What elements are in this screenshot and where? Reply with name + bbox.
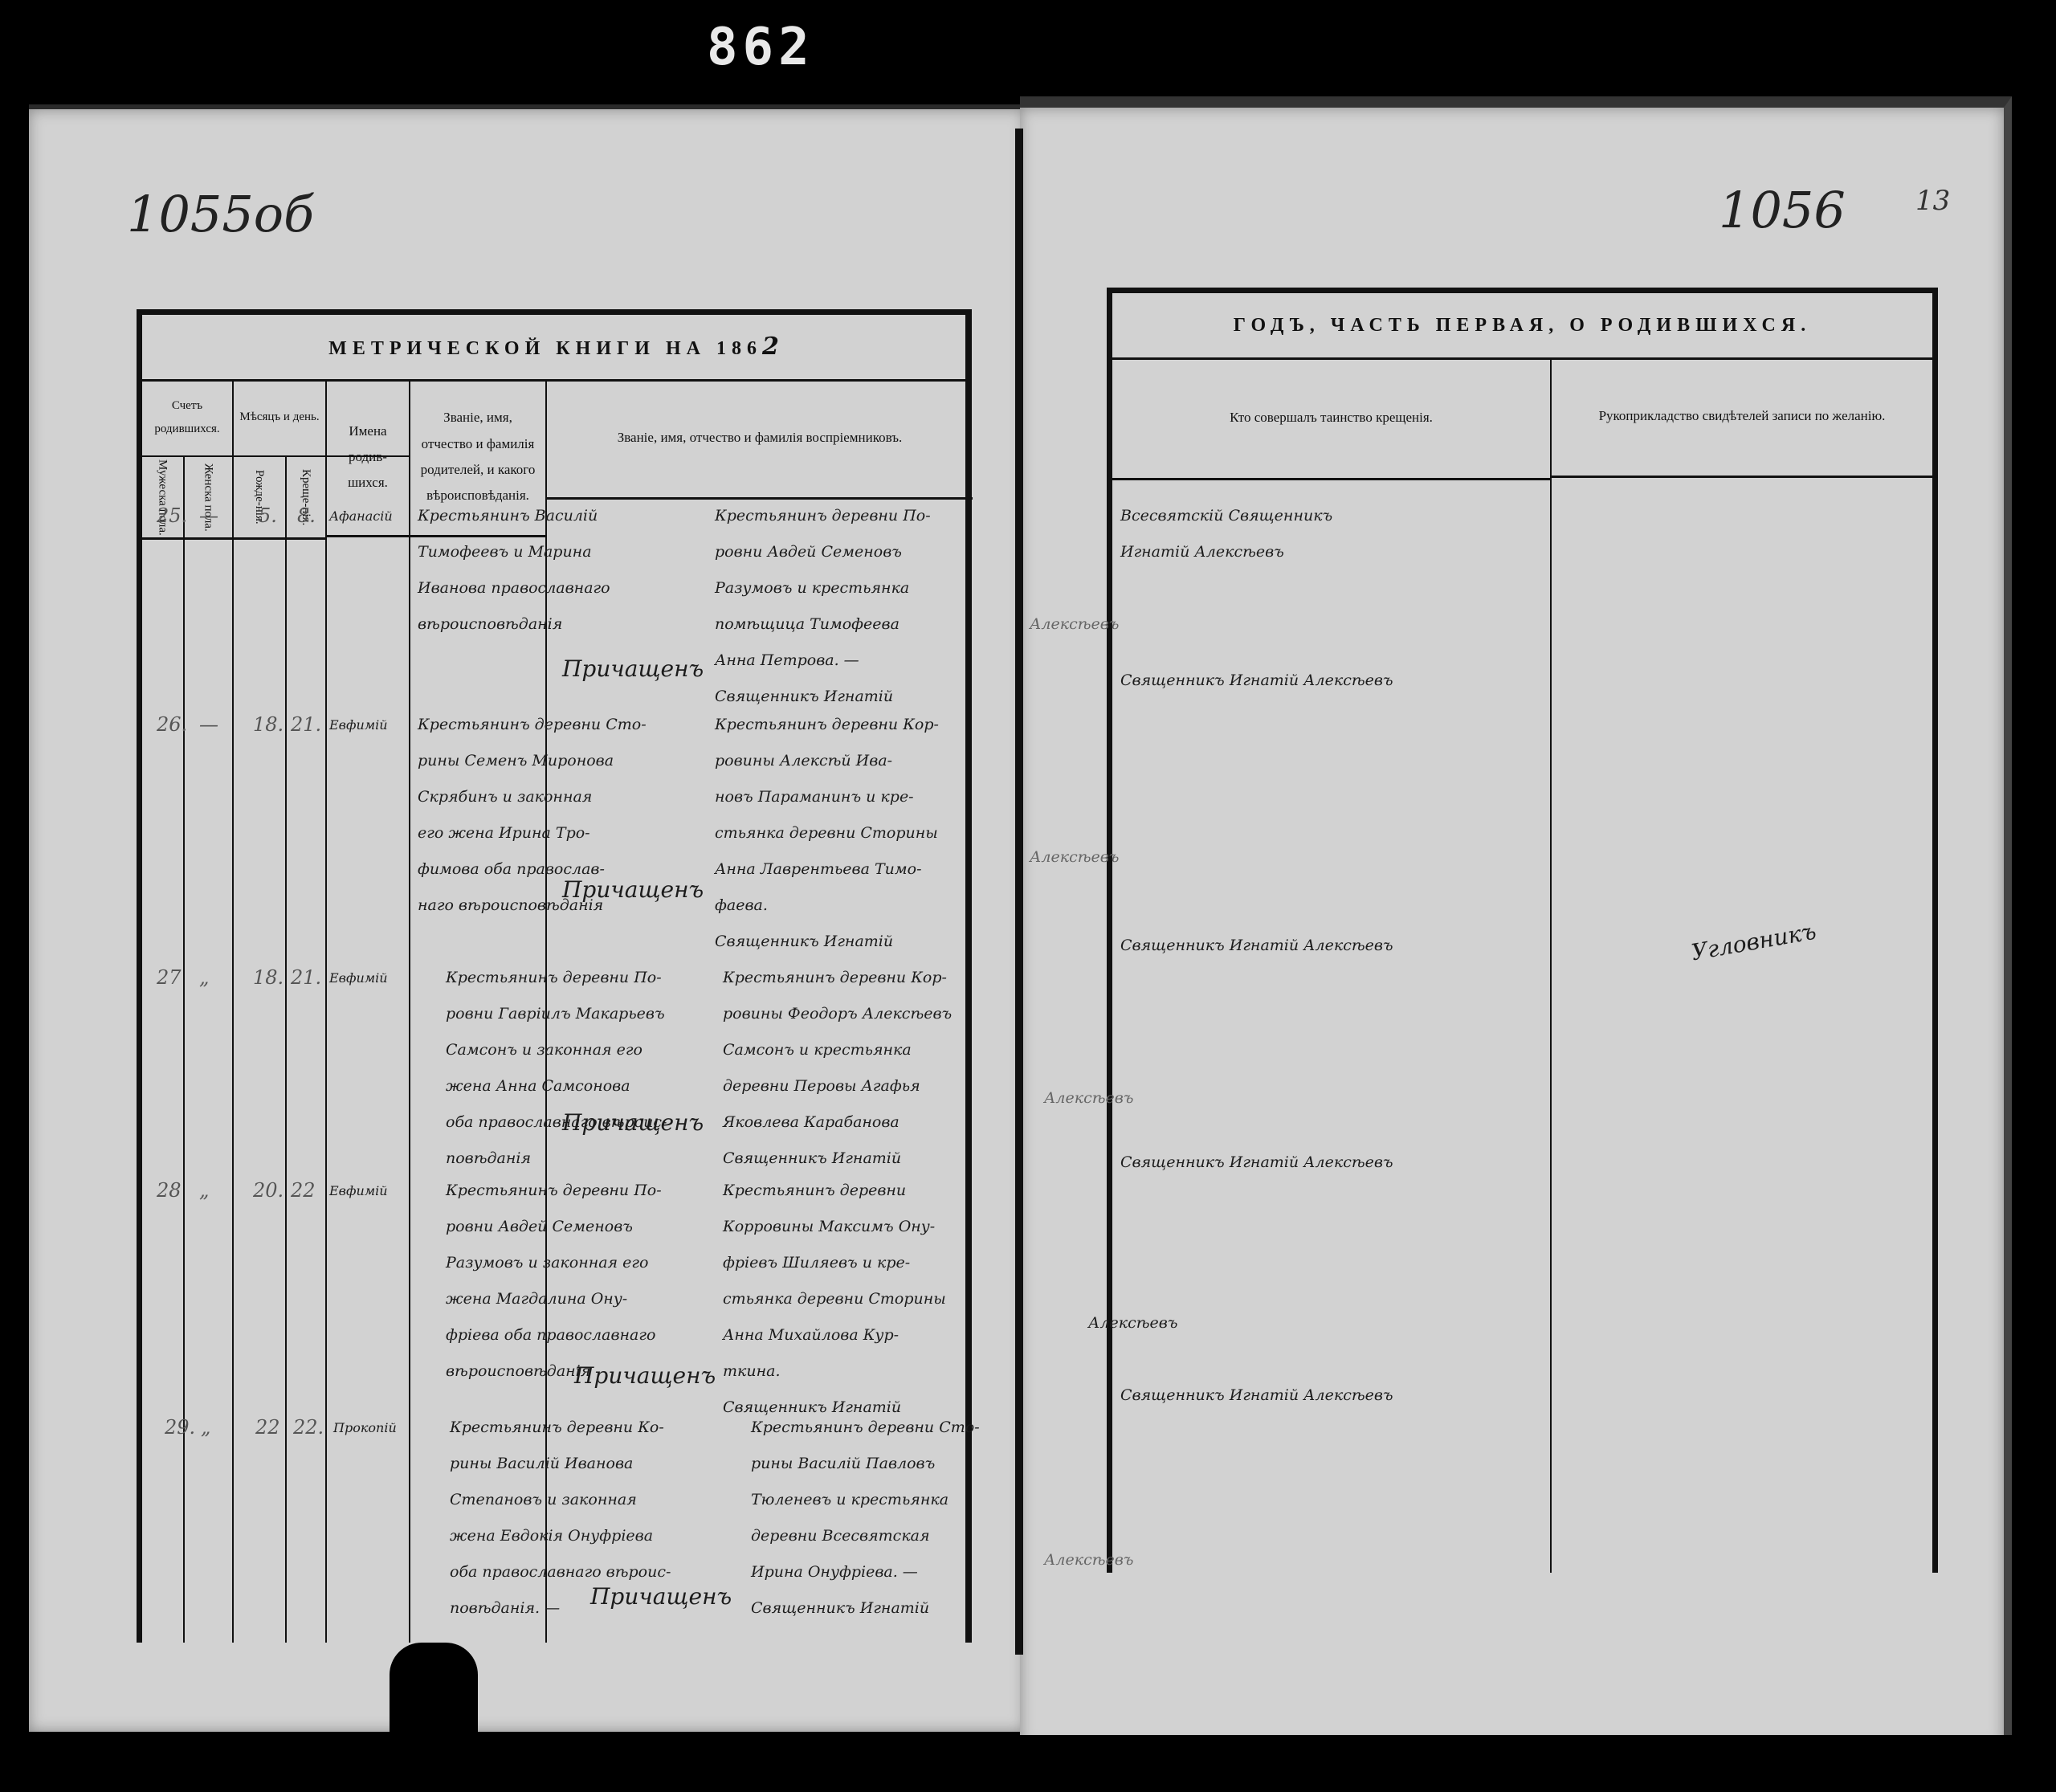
godparents-text: Крестьянинъ деревни Сто- рины Василій Па… <box>751 1410 980 1627</box>
header-witnesses: Рукоприкладство свидѣтелей записи по жел… <box>1552 357 1932 478</box>
godparents-text: Крестьянинъ деревни Кор- ровины Феодоръ … <box>723 960 952 1177</box>
birth-day: 20. <box>253 1173 284 1209</box>
parents-text: Крестьянинъ Василій Тимофеевъ и Марина И… <box>418 498 610 643</box>
header-month-day: Мѣсяцъ и день. <box>234 379 325 455</box>
baptism-day: 21. <box>291 707 321 743</box>
right-page-title: ГОДЪ, ЧАСТЬ ПЕРВАЯ, О РОДИВШИХСЯ. <box>1112 293 1932 360</box>
carryover-surname: Алексѣевъ <box>1030 839 1119 876</box>
carryover-surname: Алексѣевъ <box>1030 606 1119 643</box>
communion-note: Причащенъ <box>562 1104 704 1141</box>
book-gutter <box>1015 129 1023 1655</box>
male-number: 26. <box>157 707 187 743</box>
male-number: 25. <box>157 498 187 534</box>
godparents-text: Крестьянинъ деревни Корровины Максимъ Он… <box>723 1173 946 1426</box>
female-number: „ <box>199 1173 209 1209</box>
carryover-surname: Алексѣевъ <box>1044 1080 1133 1116</box>
female-number: „ <box>199 960 209 996</box>
male-number: 29. <box>165 1410 195 1446</box>
divider <box>232 379 234 1643</box>
communion-note: Причащенъ <box>574 1357 716 1394</box>
baptism-day: 21. <box>291 960 321 996</box>
godparents-text: Крестьянинъ деревни По- ровни Авдей Семе… <box>715 498 931 715</box>
child-name: Прокопій <box>333 1410 397 1446</box>
birth-day: 18. <box>253 960 284 996</box>
divider <box>183 455 185 1643</box>
left-page-title: МЕТРИЧЕСКОЙ КНИГИ НА 1862 <box>142 315 965 382</box>
male-number: 28 <box>157 1173 182 1209</box>
carryover-surname: Алексѣевъ <box>1044 1542 1133 1578</box>
female-number: — <box>199 498 218 534</box>
female-number: „ <box>201 1410 210 1446</box>
binding-clip <box>390 1643 478 1747</box>
birth-day: 22 <box>255 1410 280 1446</box>
baptized-by-text: Священникъ Игнатій Алексѣевъ <box>1120 1378 1393 1414</box>
communion-note: Причащенъ <box>562 651 704 687</box>
child-name: Евфимій <box>329 707 388 743</box>
birth-day: 5. <box>259 498 277 534</box>
child-name: Афанасій <box>329 498 393 534</box>
baptism-day: 22 <box>291 1173 316 1209</box>
divider <box>325 379 327 1643</box>
header-count: Счетъ родившихся. <box>142 379 232 455</box>
birth-day: 18. <box>253 707 284 743</box>
child-name: Евфимій <box>329 960 388 996</box>
female-number: — <box>199 707 218 743</box>
folio-number-right: 1056 <box>1719 181 1846 239</box>
year-digit-handwritten: 2 <box>762 333 779 361</box>
baptized-by-text: Священникъ Игнатій Алексѣевъ <box>1120 663 1393 699</box>
baptized-by-text: Всесвятскій Священникъ Игнатій Алексѣевъ <box>1120 498 1332 570</box>
baptized-by-text: Священникъ Игнатій Алексѣевъ <box>1120 1145 1393 1181</box>
baptism-day: 8. <box>297 498 316 534</box>
archive-frame-number: 862 <box>707 18 814 77</box>
divider <box>409 379 410 1643</box>
male-number: 27 <box>157 960 182 996</box>
divider <box>285 455 287 1643</box>
folio-number-left: 1055об <box>127 185 314 243</box>
header-baptized-by: Кто совершалъ таинство крещенія. <box>1112 357 1550 480</box>
bottom-shadow <box>0 1735 2056 1792</box>
godparents-text: Крестьянинъ деревни Кор- ровины Алексѣй … <box>715 707 939 960</box>
communion-note: Причащенъ <box>590 1578 732 1614</box>
baptism-day: 22. <box>293 1410 324 1446</box>
carryover-surname: Алексѣевъ <box>1088 1305 1177 1341</box>
divider <box>1550 357 1552 1573</box>
folio-mark: 13 <box>1915 185 1950 217</box>
header-godparents: Званіе, имя, отчество и фамилія воспріем… <box>547 379 973 500</box>
baptized-by-text: Священникъ Игнатій Алексѣевъ <box>1120 928 1393 964</box>
parents-text: Крестьянинъ деревни По- ровни Гавріилъ М… <box>446 960 667 1177</box>
communion-note: Причащенъ <box>562 872 704 908</box>
child-name: Евфимій <box>329 1173 388 1209</box>
